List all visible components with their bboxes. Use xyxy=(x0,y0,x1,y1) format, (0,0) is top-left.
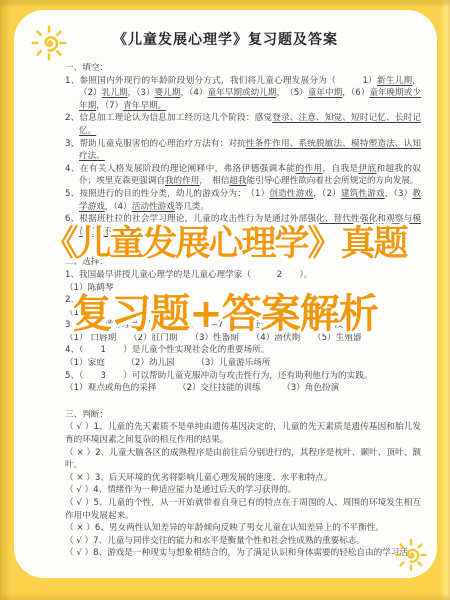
question-text: （1）观点或角色的采择 （2）交往技能的训练 （3）角色扮演 xyxy=(65,383,339,393)
question-text: ，（2） xyxy=(313,189,341,199)
question-text: 4、在有关人格发展阶段的理论阐释中，弗洛伊德强调本能 xyxy=(65,164,296,174)
question-line: （ √ ）8、游戏是一种现实与想象相结合的，为了满足认识和身体需要的轻松自由的学… xyxy=(65,547,421,560)
question-text: 4、（ 1 ）是儿童个性实现社会化的重要场所。 xyxy=(65,345,269,355)
question-line: 4、（ 1 ）是儿童个性实现社会化的重要场所。 xyxy=(65,344,421,357)
question-text: （ √ ）5、儿童的个性，从一开始就带着自身已有的特点在于周围的人、周围的环境发… xyxy=(65,498,421,521)
answer-text: 童年早期或幼儿期 xyxy=(208,88,277,98)
question-line: 1、我国最早讲授儿童心理学的是儿童心理学家（ 2 ）。 xyxy=(65,269,421,282)
question-line: 4、在有关人格发展阶段的理论阐释中，弗洛伊德强调本能的作用，自我是伊底和超我的奴… xyxy=(65,163,421,188)
question-text: ，（6） xyxy=(342,88,369,98)
answer-text: 青年早期。 xyxy=(123,101,166,111)
question-text: （ × ）2、儿童大脑各区的成熟程序是由前往后分别进行的，其程序是枕叶、颞叶、顶… xyxy=(65,448,421,471)
question-text: 1、我国最早讲授儿童心理学的是儿童心理学家（ 2 ）。 xyxy=(65,270,312,280)
question-text: ， 相信 xyxy=(199,176,229,186)
question-line: （ × ）3、后天环境的优劣将影响儿童心理发展的速度、水平和特点。 xyxy=(65,472,421,485)
question-text: （ √ ）7、儿童与同伴交往的能力和水平是衡量个性和社会性成熟的重要标志。 xyxy=(65,536,365,546)
answer-text: 超我 xyxy=(229,176,246,186)
question-text: 5、按照进行的目的性分类，幼儿的游戏分为： （1） xyxy=(65,189,269,199)
section: 三、判断：（ √ ）1、儿童的先天素质不是单纯由遗传基因决定的，儿童的先天素质是… xyxy=(65,409,421,560)
question-text: 3、帮助儿童克服害怕的心理治疗方法有：对抗 xyxy=(65,139,246,149)
section-heading: 三、判断： xyxy=(65,409,421,422)
question-text: （ √ ）4、情绪作为一种适应能力是通过后天的学习获得的。 xyxy=(65,485,296,495)
question-text: ，（3） xyxy=(128,88,155,98)
question-text: （1）家庭 （2）幼儿园 （3）儿童游乐场所 xyxy=(65,358,270,368)
question-text: 2、信息加工理论认为信息加工经历这几个阶段：感觉 xyxy=(65,113,272,123)
question-text: ，（3） xyxy=(385,189,413,199)
overlay-title-line1: 《儿童发展心理学》真题 xyxy=(0,216,450,266)
question-text: 能引导心理性欲向着社会所规定的方向发展。 xyxy=(247,176,419,186)
answer-text: 活动性游戏 xyxy=(132,202,175,212)
answer-text: 的作用 xyxy=(296,164,323,174)
answer-text: 建筑性游戏 xyxy=(341,189,385,199)
question-line: 2、信息加工理论认为信息加工经历这几个阶段：感觉登录、注意、知觉、短时记忆、长时… xyxy=(65,112,421,137)
question-text: ，（7） xyxy=(96,101,123,111)
poster-background: 《儿童发展心理学》复习题及答案 一、填空：1、参照国内外现行的年龄阶段划分方式，… xyxy=(0,0,450,600)
sun-icon xyxy=(26,20,72,66)
question-text: 等几类。 xyxy=(175,202,209,212)
section: 一、填空：1、参照国内外现行的年龄阶段划分方式，我们将儿童心理发展分为（ 1）新… xyxy=(65,62,421,238)
question-text: （ × ）6、男女两性认知差异的年龄倾向反映了男女儿童在认知差异上的不平衡性。 xyxy=(65,523,384,533)
sun-icon xyxy=(390,534,432,576)
answer-text: 创造性游戏 xyxy=(269,189,313,199)
question-text: （ √ ）1、儿童的先天素质不是单纯由遗传基因决定的，儿童的先天素质是遗传基因和… xyxy=(65,422,421,445)
question-line: 5、按照进行的目的性分类，幼儿的游戏分为： （1）创造性游戏，（2）建筑性游戏，… xyxy=(65,188,421,213)
answer-text: 新生儿期 xyxy=(377,76,412,86)
answer-text: 我的作用 xyxy=(165,176,199,186)
overlay-title-line2: 复习题+答案解析 xyxy=(0,282,450,339)
answer-text: 乳儿期 xyxy=(102,88,128,98)
question-line: （ √ ）1、儿童的先天素质不是单纯由遗传基因决定的，儿童的先天素质是遗传基因和… xyxy=(65,421,421,446)
question-line: 1、参照国内外现行的年龄阶段划分方式，我们将儿童心理发展分为（ 1）新生儿期，（… xyxy=(65,75,421,113)
question-text: ，（4） xyxy=(180,88,207,98)
document-title: 《儿童发展心理学》复习题及答案 xyxy=(14,29,437,49)
answer-text: 婴儿期 xyxy=(155,88,181,98)
question-line: （ √ ）4、情绪作为一种适应能力是通过后天的学习获得的。 xyxy=(65,484,421,497)
question-line: （ √ ）5、儿童的个性，从一开始就带着自身已有的特点在于周围的人、周围的环境发… xyxy=(65,497,421,522)
question-text: （ × ）3、后天环境的优劣将影响儿童心理发展的速度、水平和特点。 xyxy=(65,473,332,483)
question-line: 3、帮助儿童克服害怕的心理治疗方法有：对抗性条件作用、系统脱敏法、模特塑造法、认… xyxy=(65,138,421,163)
question-text: 1、参照国内外现行的年龄阶段划分方式，我们将儿童心理发展分为（ 1） xyxy=(65,76,377,86)
question-line: （1）观点或角色的采择 （2）交往技能的训练 （3）角色扮演 xyxy=(65,382,421,395)
question-line: （ × ）6、男女两性认知差异的年龄倾向反映了男女儿童在认知差异上的不平衡性。 xyxy=(65,522,421,535)
question-line: （ √ ）7、儿童与同伴交往的能力和水平是衡量个性和社会性成熟的重要标志。 xyxy=(65,535,421,548)
question-line: （1）家庭 （2）幼儿园 （3）儿童游乐场所 xyxy=(65,357,421,370)
question-text: （ √ ）8、游戏是一种现实与想象相结合的，为了满足认识和身体需要的轻松自由的学… xyxy=(65,548,408,558)
question-text: 5、（ 3 ）可以帮助儿童克服冲动与攻击性行为，还有助利他行为的实践。 xyxy=(65,371,372,381)
question-line: （ × ）2、儿童大脑各区的成熟程序是由前往后分别进行的，其程序是枕叶、颞叶、顶… xyxy=(65,447,421,472)
question-text: ，（4） xyxy=(105,202,132,212)
question-text: ，自我是 xyxy=(323,164,359,174)
answer-text: 伊底 xyxy=(358,164,376,174)
section-heading: 一、填空： xyxy=(65,62,421,75)
answer-text: 童年中期 xyxy=(308,88,342,98)
question-line: 5、（ 3 ）可以帮助儿童克服冲动与攻击性行为，还有助利他行为的实践。 xyxy=(65,370,421,383)
question-text: ， （5） xyxy=(276,88,307,98)
